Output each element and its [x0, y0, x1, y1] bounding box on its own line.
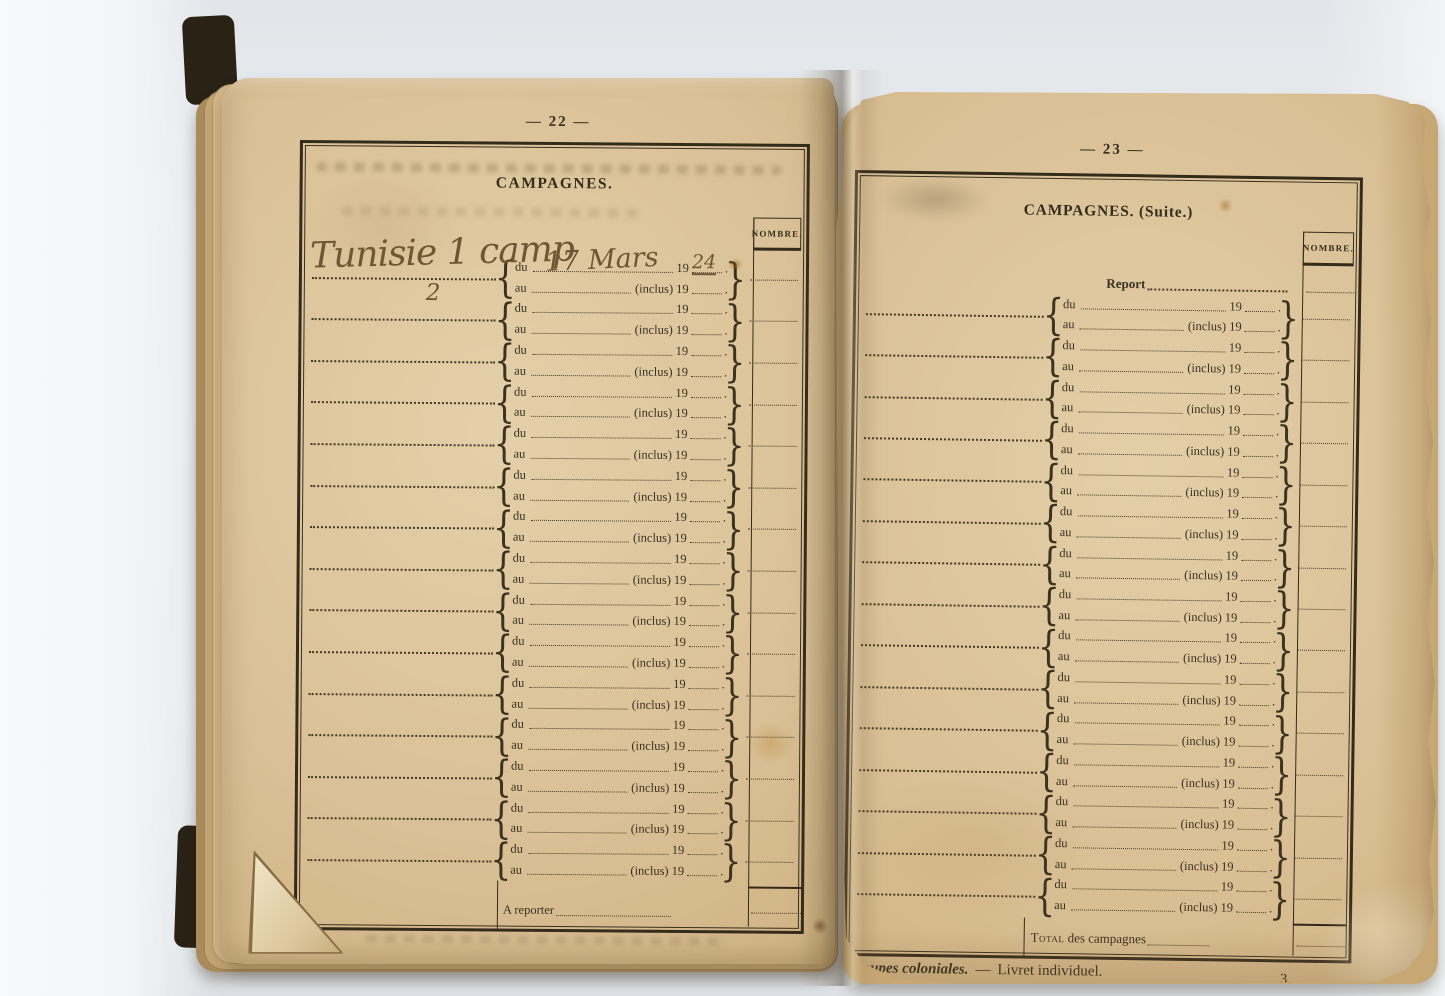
dotted-leader [692, 313, 722, 314]
opening-brace: { [1037, 868, 1053, 922]
campaign-row: { du 19 . au (inclus) 19 . [859, 498, 1351, 547]
campaign-name-line [304, 796, 494, 839]
dotted-leader [690, 501, 720, 502]
dotted-leader [1071, 868, 1175, 871]
dotted-leader [1077, 557, 1223, 560]
campaign-name-line [856, 664, 1041, 708]
year-prefix: 19 [1228, 299, 1243, 314]
year-prefix: 19 [673, 552, 688, 567]
dotted-leader [1241, 559, 1271, 560]
nombre-entry-line [1296, 505, 1350, 547]
dotted-leader [689, 584, 719, 585]
date-lines: du 19 . au (inclus) 19 . [1052, 875, 1273, 920]
nombre-entry-line [1293, 754, 1347, 796]
du-line: du 19 . [511, 548, 726, 570]
dotted-leader [530, 603, 671, 605]
dotted-leader [1244, 393, 1274, 394]
year-prefix: 19 [675, 344, 690, 359]
inclus-label: (inclus) [631, 531, 673, 546]
year-prefix: 19 [672, 718, 687, 733]
dotted-leader [528, 707, 627, 709]
campaign-row: { du 19 . au (inclus) 19 . [857, 623, 1349, 672]
du-line: du 19 . [512, 423, 727, 445]
date-lines: du 19 . au (inclus) 19 . [510, 548, 725, 591]
campaign-name-line [854, 789, 1039, 833]
dotted-leader [532, 354, 673, 356]
dotted-leader [1079, 370, 1183, 373]
nombre-entry-line [744, 591, 798, 633]
au-line: au (inclus) 19 . [512, 402, 727, 424]
dotted-leader [532, 291, 631, 293]
dotted-leader [1239, 704, 1269, 705]
dotted-leader [688, 813, 718, 814]
dotted-leader [529, 666, 628, 668]
dotted-leader [531, 395, 672, 397]
campaign-name-line [303, 837, 493, 880]
year-prefix: 19 [1227, 403, 1242, 418]
dotted-leader [529, 770, 670, 772]
dotted-leader [1241, 539, 1271, 540]
total-label: Total [1031, 930, 1065, 946]
inclus-label: (inclus) [1182, 610, 1224, 626]
au-line: au (inclus) 19 . [511, 485, 726, 507]
inclus-label: (inclus) [629, 780, 671, 795]
dotted-leader [532, 312, 673, 314]
nombre-entry-line [1300, 298, 1354, 340]
dotted-leader [689, 646, 719, 647]
du-line: du 19 . [511, 506, 726, 528]
page-23: — 23 — CAMPAGNES. (Suite.) NOMBRE. Repor… [836, 92, 1438, 984]
dotted-leader [688, 771, 718, 772]
campaign-name-line [855, 706, 1040, 750]
dotted-leader [530, 458, 629, 460]
dotted-leader [1237, 808, 1267, 809]
inclus-label: (inclus) [628, 863, 670, 878]
column-divider [497, 881, 498, 929]
inclus-label: (inclus) [1183, 485, 1225, 501]
dotted-leader [1244, 352, 1274, 353]
inclus-label: (inclus) [1186, 319, 1228, 335]
au-line: au (inclus) 19 . [509, 777, 724, 799]
handwritten-year: 24 [692, 251, 716, 275]
dotted-leader [1072, 847, 1218, 850]
year-prefix: 19 [1226, 444, 1241, 459]
dotted-leader [689, 667, 719, 668]
year-prefix: 19 [1223, 672, 1238, 687]
date-lines: du 19 . au (inclus) 19 . [510, 631, 725, 674]
du-line: du 19 . [509, 756, 724, 778]
dotted-leader [1076, 536, 1180, 539]
dotted-leader [690, 542, 720, 543]
year-prefix: 19 [1223, 652, 1238, 667]
date-lines: du 19 . au (inclus) 19 . [1057, 543, 1278, 588]
dotted-leader [1241, 580, 1271, 581]
campaign-name-line [860, 415, 1045, 459]
year-prefix: 19 [673, 573, 688, 588]
nombre-entry-line [1295, 588, 1349, 630]
year-prefix: 19 [672, 739, 687, 754]
year-prefix: 19 [1224, 610, 1239, 625]
dotted-leader [1076, 640, 1222, 643]
nombre-column-header: NOMBRE. [1303, 232, 1354, 267]
nombre-entry-line [746, 383, 800, 425]
dotted-leader [689, 688, 719, 689]
year-prefix: 19 [674, 365, 689, 380]
year-prefix: 19 [673, 531, 688, 546]
nombre-entry-line [1294, 671, 1348, 713]
nombre-entry-line [745, 508, 799, 550]
date-lines: du 19 . au (inclus) 19 . [1058, 460, 1279, 505]
dotted-leader [1237, 850, 1267, 851]
campaign-name-line [307, 338, 497, 381]
date-lines: du 19 . au (inclus) 19 . [509, 797, 724, 840]
nombre-entry-line [1295, 629, 1349, 671]
date-lines: du 19 . au (inclus) 19 . [508, 839, 723, 882]
dotted-leader [1071, 909, 1175, 912]
campaign-name-line [306, 463, 496, 506]
campaign-row: { du 19 . au (inclus) 19 . [853, 872, 1345, 921]
au-line: au (inclus) 19 . [513, 277, 728, 299]
year-prefix: 19 [675, 323, 690, 338]
inclus-label: (inclus) [1177, 900, 1219, 916]
campaign-row: { du 19 . au (inclus) 19 . [860, 415, 1352, 464]
dotted-leader [1242, 476, 1272, 477]
dotted-leader [1242, 518, 1272, 519]
dotted-leader [1243, 456, 1273, 457]
dotted-leader [1243, 435, 1273, 436]
dotted-leader [1243, 414, 1273, 415]
dotted-leader [1079, 329, 1183, 332]
du-line: du 19 . [513, 298, 728, 320]
au-line: au (inclus) 19 . [510, 652, 725, 674]
campaign-name-line [304, 671, 494, 714]
dotted-leader [530, 499, 629, 501]
year-prefix: 19 [675, 282, 690, 297]
inclus-label: (inclus) [633, 323, 675, 338]
year-prefix: 19 [675, 261, 690, 276]
dotted-leader [530, 541, 629, 543]
inclus-label: (inclus) [629, 739, 671, 754]
dotted-leader [688, 729, 718, 730]
du-line: du 19 . [508, 839, 723, 861]
year-prefix: 19 [1225, 527, 1240, 542]
booklet-title: Livret individuel. [997, 962, 1102, 981]
du-line: du 19 . [510, 589, 725, 611]
dotted-leader [530, 645, 671, 647]
sum-rule [1293, 924, 1346, 927]
dotted-leader [1244, 373, 1274, 374]
dotted-leader [691, 334, 721, 335]
campaign-row: { du 19 . au (inclus) 19 . [854, 830, 1346, 879]
campaign-name-line [306, 421, 496, 464]
page-22-content: — 22 — CAMPAGNES. NOMBRE. Tunisie 1 camp… [216, 77, 835, 968]
year-prefix: 19 [1228, 320, 1243, 335]
nombre-entry-line [747, 258, 801, 300]
dotted-leader [1073, 806, 1219, 809]
dotted-leader [690, 563, 720, 564]
campaign-name-line [306, 505, 496, 548]
campaign-rows: Tunisie 1 camp 2 { du 17 Mars 19 24 . au… [303, 255, 801, 883]
dotted-leader [528, 791, 627, 793]
year-prefix: 19 [674, 406, 689, 421]
year-prefix: 19 [672, 697, 687, 712]
inclus-label: (inclus) [1178, 817, 1220, 833]
nombre-entry-line [751, 913, 801, 914]
date-lines: du 19 . au (inclus) 19 . [512, 381, 727, 424]
date-lines: du 19 . au (inclus) 19 . [1053, 792, 1274, 837]
dotted-leader [688, 792, 718, 793]
dotted-leader [1245, 311, 1275, 312]
campaign-row: { du 19 . au (inclus) 19 . [862, 291, 1354, 340]
year-prefix: 19 [1220, 880, 1235, 895]
handwritten-date: 17 Mars [544, 242, 659, 278]
nombre-entry-line [745, 466, 799, 508]
campaign-rows: { du 19 . au (inclus) 19 . [853, 291, 1353, 920]
year-prefix: 19 [674, 469, 689, 484]
nombre-entry-line [743, 758, 797, 800]
date-lines: du 19 . au (inclus) 19 . [1054, 750, 1275, 795]
dotted-leader [1078, 412, 1182, 415]
page-22: — 22 — CAMPAGNES. NOMBRE. Tunisie 1 camp… [222, 78, 834, 964]
dotted-leader [1076, 578, 1180, 581]
dotted-leader [1079, 432, 1225, 435]
nombre-entry-line [742, 799, 796, 841]
date-lines: du 19 . au (inclus) 19 . [512, 340, 727, 383]
campaign-row: { du 19 . au (inclus) 19 . [858, 540, 1350, 589]
year-prefix: 19 [1227, 382, 1242, 397]
campaign-row: { du 19 . au (inclus) 19 . [856, 664, 1348, 713]
campaign-name-line [305, 629, 495, 672]
dotted-leader [691, 438, 721, 439]
dotted-leader [529, 687, 670, 689]
inclus-label: (inclus) [630, 656, 672, 671]
year-prefix: 19 [1222, 735, 1237, 750]
campaign-name-line: Tunisie 1 camp 2 [308, 255, 498, 298]
dotted-leader [1238, 787, 1268, 788]
year-prefix: 19 [1226, 486, 1241, 501]
year-prefix: 19 [1225, 548, 1240, 563]
nombre-entry-line [1296, 546, 1350, 588]
dotted-leader [1236, 912, 1266, 913]
nombre-entry-line [1291, 878, 1345, 920]
year-prefix: 19 [1221, 818, 1236, 833]
inclus-label: (inclus) [631, 489, 673, 504]
date-lines: du 19 . au (inclus) 19 . [510, 589, 725, 632]
date-lines: du 19 . au (inclus) 19 . [509, 673, 724, 716]
campaign-name-line [858, 540, 1043, 584]
dotted-leader [1076, 598, 1222, 601]
table-title: CAMPAGNES. [303, 173, 807, 195]
year-prefix: 19 [674, 448, 689, 463]
total-row: Total des campagnes [852, 915, 1344, 962]
inclus-label: (inclus) [631, 572, 673, 587]
dotted-leader [527, 874, 626, 876]
year-prefix: 19 [1219, 901, 1234, 916]
inclus-label: (inclus) [632, 406, 674, 421]
inclus-label: (inclus) [1185, 402, 1227, 418]
du-line: du 19 . [511, 465, 726, 487]
inclus-label: (inclus) [1184, 444, 1226, 460]
page-number: — 22 — [478, 113, 638, 131]
nombre-entry-line [1297, 946, 1347, 948]
date-lines: du 19 . au (inclus) 19 . [509, 756, 724, 799]
dotted-leader [531, 375, 630, 377]
nombre-entry-line [746, 300, 800, 342]
inclus-label: (inclus) [1180, 693, 1222, 709]
dotted-leader [527, 832, 626, 834]
nombre-entry-line [742, 841, 796, 883]
campaign-row: { du 19 . au (inclus) 19 . [857, 581, 1349, 630]
dotted-leader [1242, 497, 1272, 498]
inclus-label: (inclus) [1178, 858, 1220, 874]
date-lines: du 19 . au (inclus) 19 . [509, 714, 724, 757]
dotted-leader [1240, 621, 1270, 622]
campaign-row: { du 19 . au (inclus) 19 . [860, 374, 1352, 423]
inclus-label: (inclus) [630, 697, 672, 712]
nombre-entry-line [744, 550, 798, 592]
year-prefix: 19 [1221, 776, 1236, 791]
campaign-row: { du 19 . au (inclus) 19 . [855, 747, 1347, 796]
dotted-leader [1073, 743, 1177, 746]
campaign-name-line [859, 498, 1044, 542]
footer-dash: — [975, 962, 990, 979]
nombre-entry-line [743, 674, 797, 716]
campaign-name-line [857, 623, 1042, 667]
dotted-leader [1080, 308, 1226, 311]
year-prefix: 19 [673, 614, 688, 629]
campaign-name-line [853, 872, 1038, 916]
dotted-leader [1079, 391, 1225, 394]
dotted-leader [1236, 891, 1266, 892]
sum-rule [748, 887, 802, 889]
date-lines: du 19 . au (inclus) 19 . [1056, 584, 1277, 629]
date-lines: du 19 . au (inclus) 19 . [511, 506, 726, 549]
scanned-booklet-photo: — 22 — CAMPAGNES. NOMBRE. Tunisie 1 camp… [0, 0, 1445, 996]
dotted-leader [528, 853, 669, 855]
au-line: au (inclus) 19 . [512, 361, 727, 383]
year-prefix: 19 [674, 489, 689, 504]
inclus-label: (inclus) [1181, 651, 1223, 667]
dotted-leader [1240, 663, 1270, 664]
dotted-leader [1072, 826, 1176, 829]
au-line: au (inclus) 19 . [511, 444, 726, 466]
inclus-label: (inclus) [1185, 361, 1227, 377]
year-prefix: 19 [671, 843, 686, 858]
campaign-name-line [861, 333, 1046, 377]
inclus-label: (inclus) [1183, 527, 1225, 543]
year-prefix: 19 [671, 822, 686, 837]
year-prefix: 19 [671, 760, 686, 775]
nombre-entry-line [1297, 463, 1351, 505]
au-line: au (inclus) 19 . [512, 319, 727, 341]
dotted-leader [687, 854, 717, 855]
year-prefix: 19 [1220, 859, 1235, 874]
dotted-leader [1147, 288, 1287, 292]
dotted-leader [691, 397, 721, 398]
dotted-leader [1241, 601, 1271, 602]
year-prefix: 19 [674, 386, 689, 401]
column-divider [1023, 918, 1025, 956]
dotted-leader [528, 749, 627, 751]
dotted-leader [529, 728, 670, 730]
du-line: du 19 . [512, 381, 727, 403]
inclus-label: (inclus) [1179, 775, 1221, 791]
au-line: au (inclus) 19 . [508, 860, 723, 882]
year-prefix: 19 [674, 427, 689, 442]
year-prefix: 19 [1222, 714, 1237, 729]
dotted-leader [691, 355, 721, 356]
dotted-leader [530, 562, 671, 564]
campaign-name-line [307, 297, 497, 340]
dotted-leader [691, 417, 721, 418]
nombre-entry-line [1298, 422, 1352, 464]
au-line: au (inclus) 19 . [509, 735, 724, 757]
year-prefix: 19 [675, 302, 690, 317]
nombre-entry-line [1298, 381, 1352, 423]
campaign-name-line [857, 581, 1042, 625]
opening-brace: { [493, 833, 508, 887]
campaign-name-line [305, 546, 495, 589]
year-prefix: 19 [671, 864, 686, 879]
dotted-leader [1238, 767, 1268, 768]
campaign-name-line [304, 713, 494, 756]
nombre-entry-line [746, 342, 800, 384]
carry-forward-row: A reporter [303, 879, 796, 933]
nombre-entry-line [1293, 712, 1347, 754]
year-prefix: 19 [1221, 797, 1236, 812]
inclus-label: (inclus) [632, 364, 674, 379]
au-line: au (inclus) 19 . [1052, 895, 1272, 919]
dotted-leader [1075, 681, 1221, 684]
inclus-label: (inclus) [629, 822, 671, 837]
date-lines: du 19 . au (inclus) 19 . [511, 423, 726, 466]
campaign-name-line [860, 374, 1045, 418]
campaigns-table: CAMPAGNES. NOMBRE. Tunisie 1 camp 2 { du… [294, 140, 810, 934]
carry-forward-line: A reporter [503, 903, 726, 920]
report-label: Report [1106, 276, 1145, 293]
du-line: du 19 . [509, 714, 724, 736]
dotted-leader [529, 583, 628, 585]
table-title: CAMPAGNES. (Suite.) [857, 199, 1359, 224]
dotted-leader [1239, 684, 1269, 685]
nombre-entry-line [744, 633, 798, 675]
dotted-leader [1238, 746, 1268, 747]
du-line: du 19 . [510, 673, 725, 695]
campaign-row: { du 19 . au (inclus) 19 . [861, 333, 1353, 382]
campaign-name-line [859, 457, 1044, 501]
dotted-leader [689, 605, 719, 606]
dotted-leader [688, 709, 718, 710]
au-line: au (inclus) 19 . [509, 693, 724, 715]
year-prefix: 19 [673, 510, 688, 525]
dotted-leader [531, 479, 672, 481]
dotted-leader [689, 625, 719, 626]
page-number: — 23 — [1032, 141, 1192, 160]
du-line: du 17 Mars 19 24 . [513, 257, 728, 279]
dotted-leader [687, 833, 717, 834]
inclus-label: (inclus) [633, 281, 675, 296]
dotted-leader [528, 811, 669, 813]
nombre-entry-line [1299, 339, 1353, 381]
inclus-label: (inclus) [630, 614, 672, 629]
date-lines: du 19 . au (inclus) 19 . [1059, 377, 1280, 422]
year-prefix: 19 [672, 635, 687, 650]
year-prefix: 19 [672, 656, 687, 671]
dotted-leader [687, 875, 717, 876]
du-line: du 19 . [509, 797, 724, 819]
dotted-leader [1077, 495, 1181, 498]
nombre-column-header: NOMBRE. [753, 218, 801, 251]
